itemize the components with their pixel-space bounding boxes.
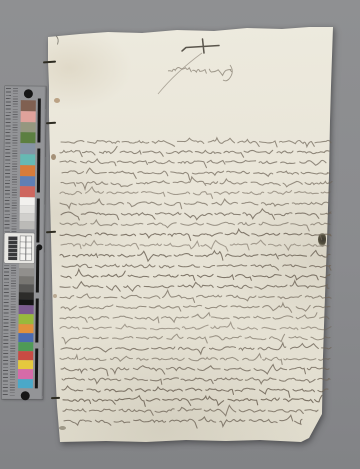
photo-background: 610	[0, 0, 360, 469]
color-patch	[18, 379, 33, 388]
target-registration-line	[35, 98, 41, 388]
handwriting-line	[60, 187, 330, 198]
handwriting-line	[62, 264, 331, 270]
label-cell	[26, 242, 31, 248]
color-patch	[20, 143, 35, 154]
color-patch	[21, 100, 36, 111]
handwriting-line	[60, 199, 328, 209]
grayscale-patch	[20, 213, 35, 221]
handwriting-line	[63, 405, 318, 415]
color-patch	[18, 370, 33, 379]
handwriting-line	[62, 334, 330, 343]
color-patch	[21, 122, 36, 133]
handwriting-line	[61, 209, 331, 220]
color-calibration-target	[2, 86, 46, 399]
color-patch	[20, 187, 35, 198]
handwriting-line	[61, 177, 332, 189]
color-patch	[20, 176, 35, 187]
handwriting-line	[60, 313, 329, 323]
label-cell	[26, 255, 31, 261]
grayscale-patch	[19, 276, 34, 284]
handwriting-line	[62, 168, 330, 180]
target-registration-dot-mid	[36, 244, 42, 250]
label-cell	[26, 248, 31, 254]
color-patch	[21, 111, 36, 122]
handwriting-line	[61, 269, 330, 280]
handwriting-line	[61, 138, 331, 147]
handwriting-line	[62, 378, 330, 385]
handwriting-line	[60, 220, 330, 231]
label-cell	[20, 255, 25, 261]
color-patch	[19, 305, 34, 314]
handwriting-line	[60, 281, 329, 291]
corner-mark	[56, 36, 58, 45]
label-cell	[20, 242, 25, 248]
grayscale-patch	[19, 221, 34, 229]
header-flourish	[223, 65, 232, 81]
target-registration-dot-bottom	[21, 391, 30, 400]
handwriting-line	[60, 251, 330, 262]
color-patch	[20, 133, 35, 144]
handwriting-line	[60, 159, 326, 168]
color-patch	[19, 315, 34, 324]
color-patch	[18, 360, 33, 369]
color-patch	[18, 351, 33, 360]
color-patch	[18, 324, 33, 333]
cross-mark	[182, 39, 219, 53]
color-patch	[18, 342, 33, 351]
target-label-cells	[20, 236, 31, 260]
handwriting-line	[60, 354, 330, 365]
handwriting-line	[61, 343, 331, 354]
grayscale-patch	[19, 268, 34, 276]
target-label-window	[4, 233, 34, 263]
handwriting-line	[63, 395, 322, 406]
color-patch	[18, 333, 33, 342]
grayscale-patch	[19, 284, 34, 292]
handwriting-line	[60, 229, 331, 240]
header-inscription	[168, 67, 232, 75]
label-cell	[26, 236, 31, 242]
handwriting-line	[61, 240, 329, 251]
handwriting-line	[60, 290, 331, 302]
target-label-barcode	[8, 236, 17, 260]
label-cell	[20, 236, 25, 242]
color-patch	[20, 154, 35, 165]
handwriting-line	[61, 365, 329, 376]
header-marks	[56, 36, 232, 94]
handwriting-line	[64, 415, 302, 428]
handwriting-line	[60, 322, 331, 329]
handwriting-line	[61, 303, 330, 312]
color-patch	[20, 165, 35, 176]
header-flourish	[158, 53, 202, 94]
handwriting-line	[60, 146, 329, 157]
grayscale-patch	[20, 205, 35, 213]
handwriting-line	[62, 386, 328, 397]
target-registration-dot-top	[24, 89, 33, 98]
grayscale-patch	[20, 197, 35, 205]
label-cell	[20, 248, 25, 254]
handwriting-text-block	[0, 0, 360, 469]
